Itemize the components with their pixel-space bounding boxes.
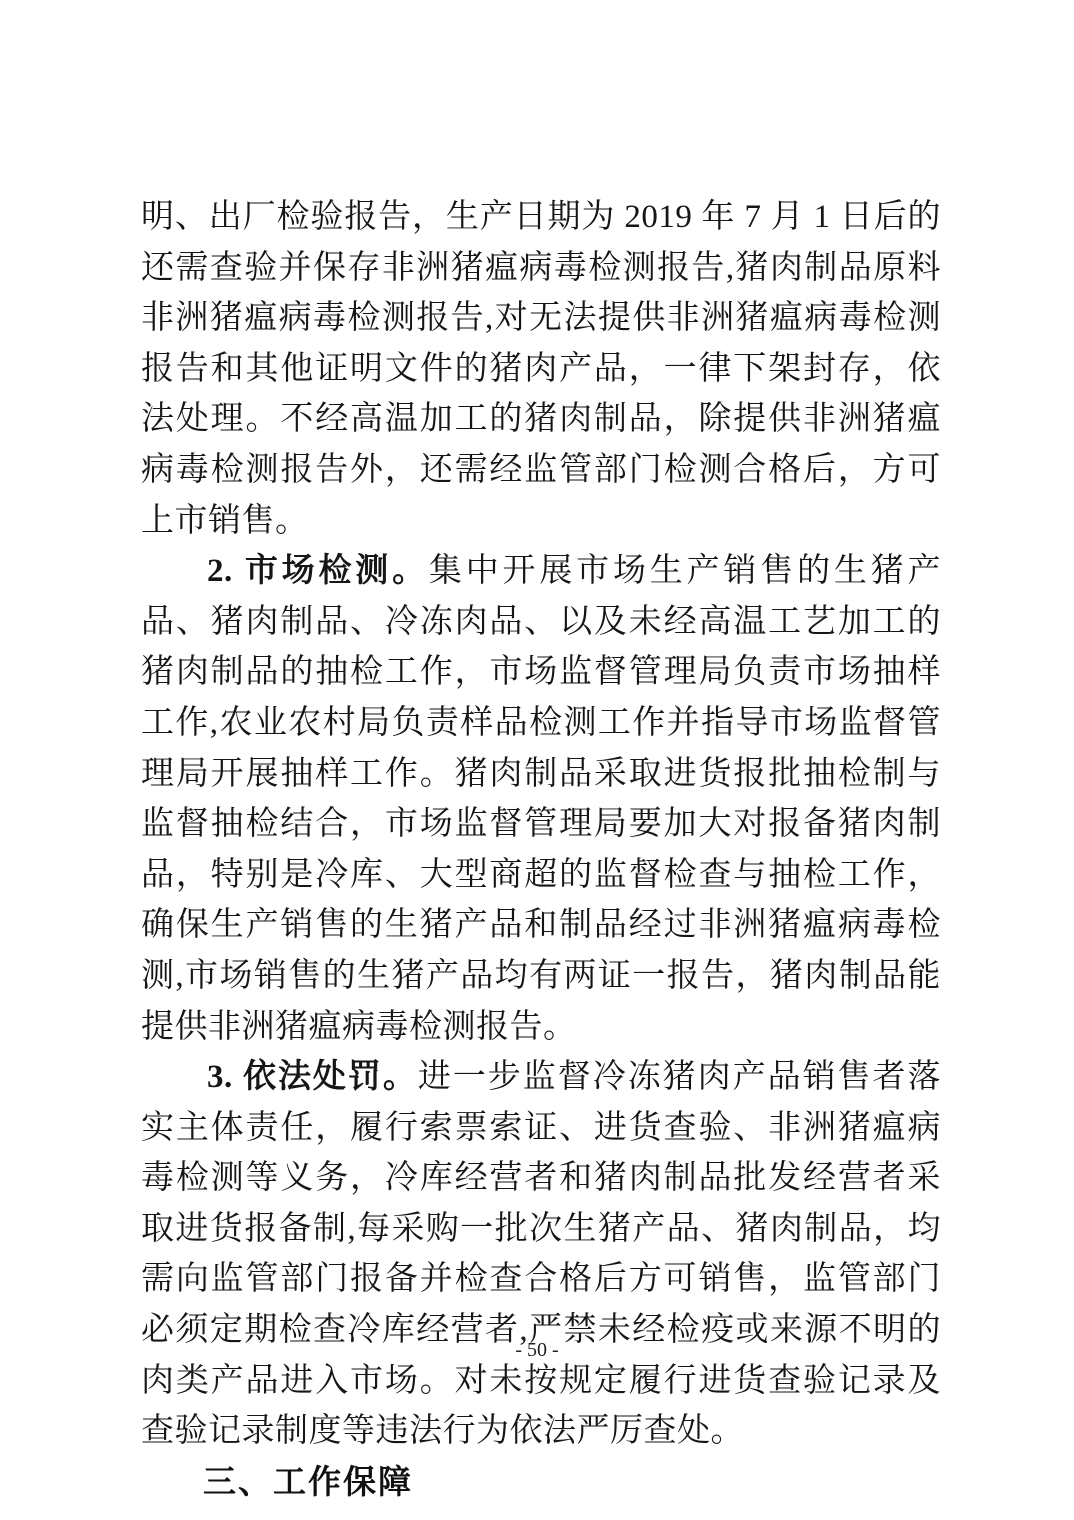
paragraph-lead: 3. 依法处罚。	[207, 1059, 418, 1095]
paragraph-text: 进一步监督冷冻猪肉产品销售者落实主体责任，履行索票索证、进货查验、非洲猪瘟病毒检…	[141, 1059, 941, 1449]
section-heading: 三、工作保障	[141, 1457, 941, 1508]
document-body: 明、出厂检验报告，生产日期为 2019 年 7 月 1 日后的还需查验并保存非洲…	[141, 192, 941, 1507]
paragraph-item-3: 3. 依法处罚。进一步监督冷冻猪肉产品销售者落实主体责任，履行索票索证、进货查验…	[141, 1052, 941, 1457]
page-number: - 50 -	[0, 1338, 1074, 1362]
paragraph-text: 集中开展市场生产销售的生猪产品、猪肉制品、冷冻肉品、以及未经高温工艺加工的猪肉制…	[141, 553, 941, 1044]
paragraph-lead: 2. 市场检测。	[207, 553, 429, 589]
paragraph-item-2: 2. 市场检测。集中开展市场生产销售的生猪产品、猪肉制品、冷冻肉品、以及未经高温…	[141, 546, 941, 1052]
document-page: 明、出厂检验报告，生产日期为 2019 年 7 月 1 日后的还需查验并保存非洲…	[0, 0, 1074, 1520]
paragraph-continuation: 明、出厂检验报告，生产日期为 2019 年 7 月 1 日后的还需查验并保存非洲…	[141, 192, 941, 546]
paragraph-text: 明、出厂检验报告，生产日期为 2019 年 7 月 1 日后的还需查验并保存非洲…	[141, 199, 941, 539]
